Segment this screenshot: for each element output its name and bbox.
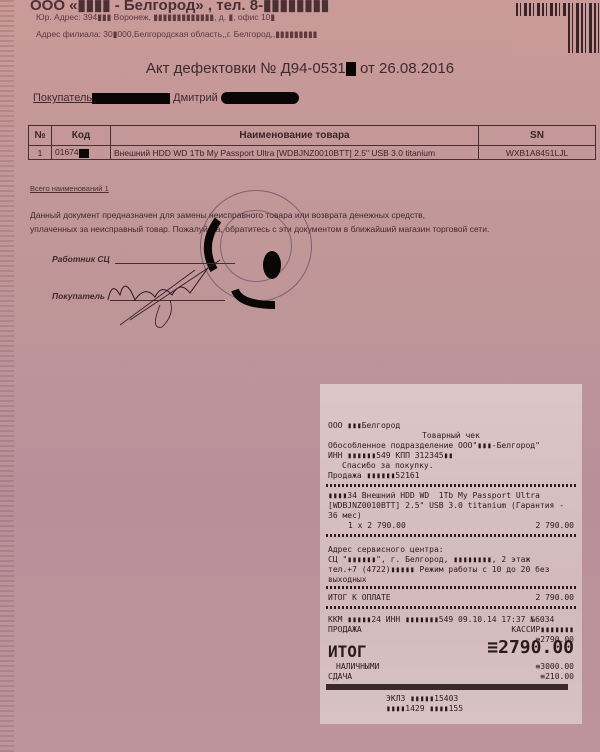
branch-address: Адрес филиала: 30▮000,Белгородская облас…	[36, 29, 317, 40]
service-line-3: выходных	[328, 574, 574, 585]
total-value: ≡2790.00	[328, 642, 574, 653]
col-name: Наименование товара	[111, 126, 479, 146]
to-pay-value: 2 790.00	[328, 592, 574, 603]
title-prefix: Акт дефектовки № Д94-0531	[146, 60, 346, 77]
buyer-signature	[100, 255, 240, 335]
col-sn: SN	[479, 126, 596, 146]
separator	[326, 606, 576, 609]
title-date: от 26.08.2016	[360, 60, 454, 77]
fp-bar	[326, 684, 568, 690]
scan-edge	[0, 0, 14, 752]
row-name: Внешний HDD WD 1Tb My Passport Ultra [WD…	[111, 146, 479, 160]
receipt-sale-number: Продажа ▮▮▮▮▮▮52161	[328, 470, 574, 481]
separator	[326, 586, 576, 589]
redaction	[346, 62, 356, 76]
cash-receipt: ООО ▮▮▮Белгород Товарный чек Обособленно…	[320, 384, 582, 724]
items-table: № Код Наименование товара SN 1 01674 Вне…	[28, 125, 596, 160]
separator	[326, 484, 576, 487]
redaction	[79, 149, 89, 158]
receipt-last-line: ▮▮▮▮1429 ▮▮▮▮155	[386, 703, 574, 714]
row-sn: WXB1A8451LJL	[479, 146, 596, 160]
col-code: Код	[52, 126, 111, 146]
buyer-first-name: Дмитрий	[173, 92, 218, 104]
redaction	[92, 93, 170, 104]
receipt-item-total: 2 790.00	[328, 520, 574, 531]
row-code: 01674	[52, 146, 111, 160]
total-items: Всего наименований 1	[30, 184, 109, 193]
col-num: №	[29, 126, 52, 146]
legal-address: Юр. Адрес: 394▮▮▮ Воронеж, ▮▮▮▮▮▮▮▮▮▮▮▮▮…	[36, 12, 275, 23]
table-row: 1 01674 Внешний HDD WD 1Tb My Passport U…	[29, 146, 596, 160]
change-value: ≡210.00	[328, 671, 574, 682]
row-num: 1	[29, 146, 52, 160]
buyer-line: Покупатель Дмитрий	[33, 92, 299, 104]
separator	[326, 534, 576, 537]
torn-paper-patch	[510, 16, 568, 56]
buyer-label: Покупатель	[33, 92, 92, 104]
document-title: Акт дефектовки № Д94-0531 от 26.08.2016	[0, 60, 600, 77]
buyer-sig-label: Покупатель	[52, 291, 105, 301]
redaction	[221, 92, 299, 104]
